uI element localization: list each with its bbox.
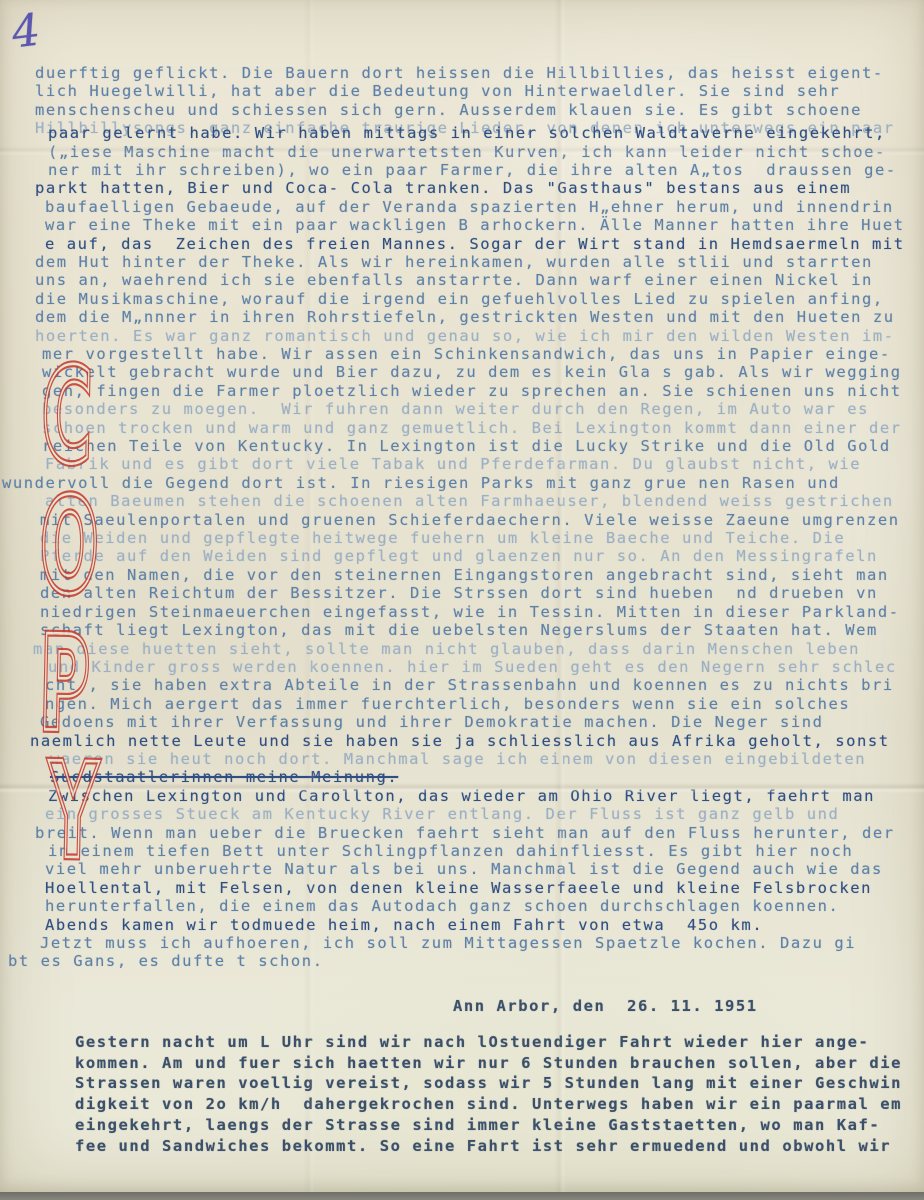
typed-line: Hoellental, mit Felsen, von denen kleine… bbox=[45, 879, 924, 897]
typed-line: baufaelligen Gebaeude, auf der Veranda s… bbox=[45, 198, 924, 216]
typed-line: in einem tiefen Bett unter Schlingpflanz… bbox=[48, 842, 924, 860]
typed-line: alten Baeumen stehen die schoenen alten … bbox=[45, 492, 924, 510]
scanned-letter-page: { "document": { "page_number_handwritten… bbox=[0, 0, 924, 1200]
typed-line: („iese Maschine macht die unerwartetsten… bbox=[48, 143, 924, 161]
letter-paper: 4 duerftig geflickt. Die Bauern dort hei… bbox=[0, 0, 924, 1192]
typed-line: dem die M„nnner in ihren Rohrstiefeln, g… bbox=[35, 308, 924, 326]
typed-line: uns an, waehrend ich sie ebenfalls ansta… bbox=[35, 271, 924, 289]
typed-line: duerftig geflickt. Die Bauern dort heiss… bbox=[35, 64, 924, 82]
typed-line: mit Saeulenportalen und gruenen Schiefer… bbox=[40, 511, 924, 529]
typed-line: den alten Reichtum der Bessitzer. Die St… bbox=[40, 584, 924, 602]
typed-line: die Musikmaschine, worauf die irgend ein… bbox=[35, 290, 924, 308]
typed-line: parkt hatten, Bier und Coca- Cola tranke… bbox=[35, 179, 924, 197]
typed-line: ein grosses Stueck am Kentucky River ent… bbox=[45, 805, 924, 823]
letter-dateline: Ann Arbor, den 26. 11. 1951 bbox=[453, 997, 924, 1016]
typed-line: digkeit von 2o km/h dahergekrochen sind.… bbox=[75, 1094, 924, 1115]
typed-line: lich Huegelwilli, hat aber die Bedeutung… bbox=[35, 82, 924, 100]
typed-line: wundervoll die Gegend dort ist. In riesi… bbox=[2, 474, 924, 492]
typed-line: waeren sie heut noch dort. Manchmal sage… bbox=[50, 750, 924, 768]
typed-line: mit den Namen, die vor den steinernen Ei… bbox=[40, 566, 924, 584]
typed-line: und Kinder gross werden koennen. hier im… bbox=[48, 658, 924, 676]
typed-line: Zwischen Lexington und Carollton, das wi… bbox=[48, 787, 924, 805]
typed-line: naemlich nette Leute und sie haben sie j… bbox=[30, 732, 924, 750]
typed-line: mer vorgestellt habe. Wir assen ein Schi… bbox=[42, 345, 924, 363]
typed-line: e auf, das Zeichen des freien Mannes. So… bbox=[45, 235, 924, 253]
typed-line: kommen. Am und fuer sich haetten wir nur… bbox=[75, 1053, 924, 1074]
typed-line: eingekehrt, laengs der Strasse sind imme… bbox=[75, 1115, 924, 1136]
typed-line: Fabrik und es gibt dort viele Tabak und … bbox=[45, 455, 924, 473]
copy-stamp: C C O O P P Y Y bbox=[20, 350, 140, 870]
typed-line: Suedstaatlerinnen meine Meinung. bbox=[50, 768, 924, 786]
letter-paragraph-2: Gestern nacht um L Uhr sind wir nach lOs… bbox=[0, 1032, 924, 1157]
typed-line: fee und Sandwiches bekommt. So eine Fahr… bbox=[75, 1136, 924, 1157]
typed-line: reichen Teile von Kentucky. In Lexington… bbox=[42, 437, 924, 455]
typed-line: war eine Theke mit ein paar wackligen B … bbox=[45, 216, 924, 234]
typed-line: Pferde auf den Weiden sind gepflegt und … bbox=[40, 547, 924, 565]
typed-line: breit. Wenn man ueber die Bruecken faehr… bbox=[35, 824, 924, 842]
typed-line: menschenscheu und schiessen sich gern. A… bbox=[35, 101, 924, 119]
typed-line: ner mit ihr schreiben), wo ein paar Farm… bbox=[48, 161, 924, 179]
typed-line: Jetzt muss ich aufhoeren, ich soll zum M… bbox=[40, 934, 924, 952]
typed-line: man diese huetten sieht, sollte man nich… bbox=[33, 640, 924, 658]
typed-line: Gestern nacht um L Uhr sind wir nach lOs… bbox=[75, 1032, 924, 1053]
typed-line: besonders zu moegen. Wir fuhren dann wei… bbox=[42, 400, 924, 418]
typed-line: herunterfallen, die einem das Autodach g… bbox=[45, 897, 924, 915]
stamp-letter-y-core: Y bbox=[45, 733, 100, 870]
typed-line: Strassen waren voellig vereist, sodass w… bbox=[75, 1073, 924, 1094]
typed-line: hoerten. Es war ganz romantisch und gena… bbox=[35, 327, 924, 345]
scan-background-edge bbox=[0, 1192, 924, 1200]
typed-line: Abends kamen wir todmuede heim, nach ein… bbox=[45, 916, 924, 934]
typed-line: niedrigen Steinmaeuerchen eingefasst, wi… bbox=[40, 603, 924, 621]
typed-line: viel mehr unberuehrte Natur als bei uns.… bbox=[45, 860, 924, 878]
handwritten-page-number: 4 bbox=[9, 4, 43, 58]
typed-line: dem Hut hinter der Theke. Als wir herein… bbox=[35, 253, 924, 271]
typed-line: ngen. Mich aergert das immer fuerchterli… bbox=[45, 695, 924, 713]
typed-line: cht , sie haben extra Abteile in der Str… bbox=[45, 676, 924, 694]
stamp-letter-o-core: O bbox=[39, 468, 101, 624]
typed-line: wickelt gebracht wurde und Bier dazu, zu… bbox=[42, 363, 924, 381]
typed-line: die Weiden und gepflegte heitwege fueher… bbox=[40, 529, 924, 547]
typed-line: schaft liegt Lexington, das mit die uebe… bbox=[40, 621, 924, 639]
typed-line: paar gelernt habe. Wir haben mittags in … bbox=[48, 124, 924, 142]
typed-line: schoen trocken und warm und ganz gemuetl… bbox=[42, 419, 924, 437]
typed-line: bt es Gans, es dufte t schon. bbox=[8, 952, 924, 970]
typed-line: gen, fingen die Farmer ploetzlich wieder… bbox=[42, 382, 924, 400]
typed-line: Gedoens mit ihrer Verfassung und ihrer D… bbox=[40, 713, 924, 731]
